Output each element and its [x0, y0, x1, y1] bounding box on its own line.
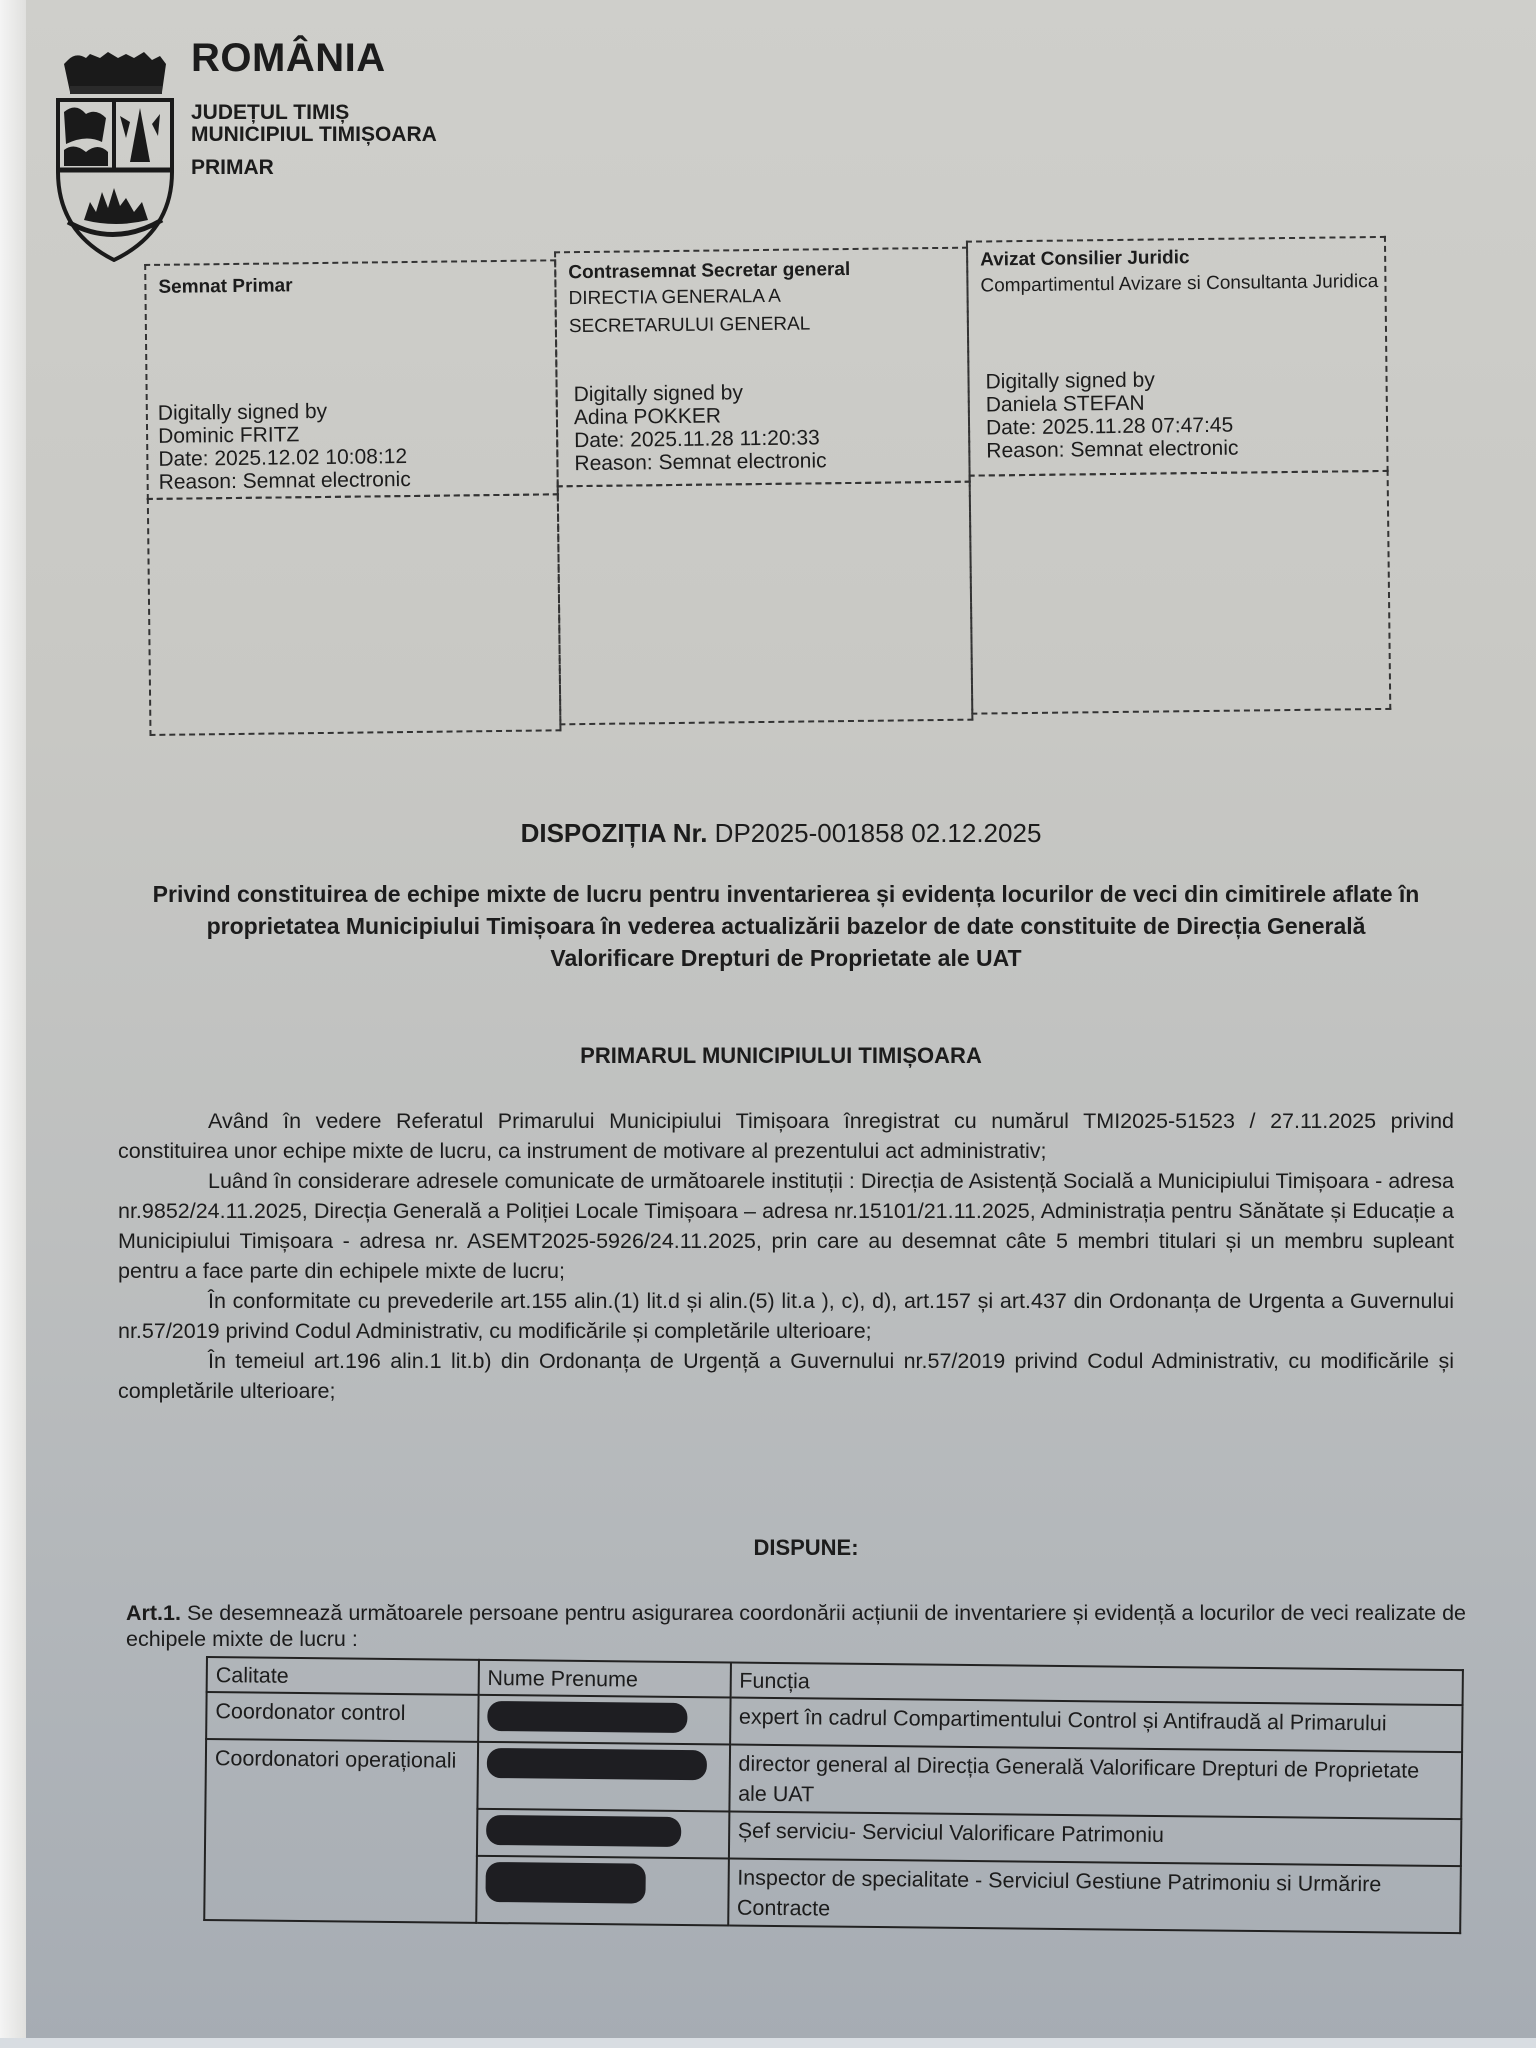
document-title: DISPOZIȚIA Nr. DP2025-001858 02.12.2025 — [26, 818, 1536, 849]
issuer-heading: PRIMARUL MUNICIPIULUI TIMIȘOARA — [26, 1043, 1536, 1069]
signature-empty-cell — [557, 481, 974, 726]
signature-cell-secretary: Contrasemnat Secretar general DIRECTIA G… — [554, 247, 971, 488]
signature-cell-mayor: Semnat Primar Digitally signed by Domini… — [144, 259, 559, 500]
redacted-name — [485, 1862, 645, 1904]
signature-details: Digitally signed by Adina POKKER Date: 2… — [574, 380, 827, 475]
preamble-paragraph: Luând în considerare adresele comunicate… — [118, 1166, 1454, 1286]
title-label: DISPOZIȚIA Nr. — [521, 818, 708, 848]
signer-name: Daniela STEFAN — [986, 391, 1238, 417]
signature-reason: Reason: Semnat electronic — [159, 468, 411, 494]
coat-of-arms-icon — [56, 52, 174, 262]
header-county: JUDEȚUL TIMIȘ — [191, 101, 349, 125]
preamble-paragraph: În conformitate cu prevederile art.155 a… — [118, 1286, 1454, 1346]
page-edge — [0, 0, 26, 2048]
article-text: Se desemnează următoarele persoane pentr… — [126, 1601, 1466, 1651]
cell-functia: Șef serviciu- Serviciul Valorificare Pat… — [728, 1811, 1461, 1866]
members-table: Calitate Nume Prenume Funcția Coordonato… — [203, 1656, 1464, 1934]
signature-heading: Avizat Consilier Juridic — [980, 246, 1190, 272]
signature-table: Semnat Primar Digitally signed by Domini… — [144, 236, 1421, 736]
signature-date: Date: 2025.11.28 11:20:33 — [574, 426, 826, 452]
signature-heading: Semnat Primar — [158, 274, 292, 300]
header-office: PRIMAR — [191, 156, 274, 180]
cell-nume — [477, 1742, 730, 1812]
signature-details: Digitally signed by Dominic FRITZ Date: … — [158, 399, 411, 494]
column-header: Calitate — [207, 1657, 479, 1695]
document-subtitle: Privind constituirea de echipe mixte de … — [146, 878, 1426, 974]
signature-empty-cell — [147, 493, 562, 736]
decision-heading: DISPUNE: — [51, 1535, 1536, 1561]
signature-details: Digitally signed by Daniela STEFAN Date:… — [985, 368, 1238, 463]
signed-by-label: Digitally signed by — [985, 368, 1237, 394]
redacted-name — [486, 1815, 681, 1847]
preamble-paragraph: În temeiul art.196 alin.1 lit.b) din Ord… — [118, 1346, 1454, 1406]
signature-subheading: Compartimentul Avizare si Consultanta Ju… — [980, 268, 1380, 301]
preamble: Având în vedere Referatul Primarului Mun… — [118, 1106, 1454, 1406]
cell-nume — [476, 1856, 729, 1926]
signature-cell-legal: Avizat Consilier Juridic Compartimentul … — [966, 236, 1389, 477]
table-row: Coordonatori operaționali director gener… — [205, 1739, 1462, 1819]
cell-functia: director general al Direcția Generală Va… — [729, 1744, 1462, 1819]
cell-functia: expert în cadrul Compartimentului Contro… — [730, 1697, 1463, 1752]
article-1: Art.1. Se desemnează următoarele persoan… — [126, 1600, 1466, 1652]
signed-by-label: Digitally signed by — [158, 399, 410, 425]
cell-calitate: Coordonatori operaționali — [204, 1739, 477, 1923]
signature-subheading: DIRECTIA GENERALA A SECRETARULUI GENERAL — [568, 282, 869, 341]
signed-by-label: Digitally signed by — [574, 380, 826, 406]
header-country: ROMÂNIA — [191, 36, 386, 81]
preamble-paragraph: Având în vedere Referatul Primarului Mun… — [118, 1106, 1454, 1166]
page-edge-bottom — [0, 2038, 1536, 2048]
redacted-name — [487, 1701, 687, 1733]
cell-calitate: Coordonator control — [206, 1692, 478, 1742]
signer-name: Adina POKKER — [574, 403, 826, 429]
article-label: Art.1. — [126, 1601, 181, 1625]
signer-name: Dominic FRITZ — [158, 422, 410, 448]
cell-functia: Inspector de specialitate - Serviciul Ge… — [728, 1858, 1461, 1933]
cell-nume — [478, 1695, 730, 1745]
signature-date: Date: 2025.11.28 07:47:45 — [986, 414, 1238, 440]
redacted-name — [486, 1748, 706, 1780]
signature-empty-cell — [969, 470, 1392, 715]
signature-heading: Contrasemnat Secretar general — [568, 258, 850, 285]
document-page: ROMÂNIA JUDEȚUL TIMIȘ MUNICIPIUL TIMIȘOA… — [26, 0, 1536, 2038]
signature-date: Date: 2025.12.02 10:08:12 — [158, 445, 410, 471]
signature-reason: Reason: Semnat electronic — [574, 449, 826, 475]
signature-reason: Reason: Semnat electronic — [986, 437, 1238, 463]
title-number: DP2025-001858 02.12.2025 — [715, 818, 1042, 848]
cell-nume — [477, 1809, 729, 1859]
column-header: Nume Prenume — [478, 1660, 730, 1698]
header-municipality: MUNICIPIUL TIMIȘOARA — [191, 123, 437, 147]
